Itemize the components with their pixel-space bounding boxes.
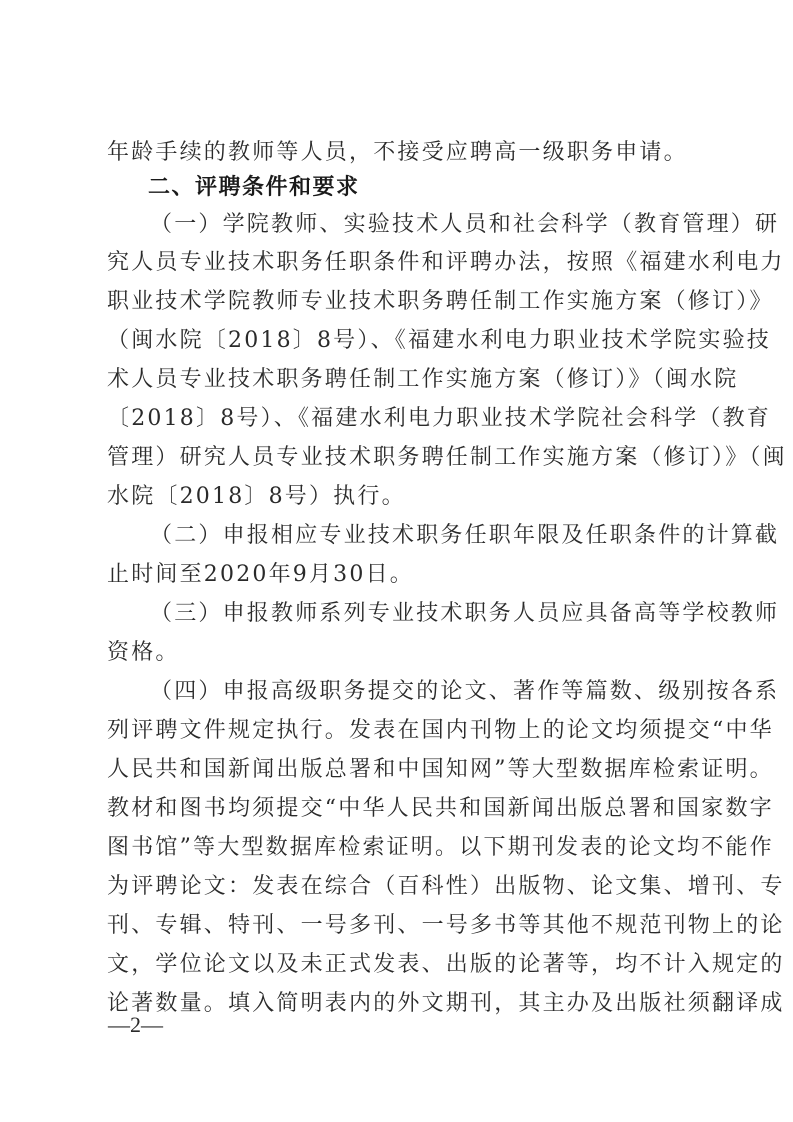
paragraph-line: 图书馆”等大型数据库检索证明。以下期刊发表的论文均不能作 bbox=[107, 834, 692, 862]
paragraph-line: 教材和图书均须提交“中华人民共和国新闻出版总署和国家数字 bbox=[107, 795, 692, 823]
paragraph-line: 刊、专辑、特刊、一号多刊、一号多书等其他不规范刊物上的论 bbox=[107, 912, 692, 940]
paragraph-line: 〔2018〕8号）、《福建水利电力职业技术学院社会科学（教育 bbox=[107, 405, 692, 433]
section-heading: 二、评聘条件和要求 bbox=[148, 174, 360, 202]
paragraph-line: 为评聘论文：发表在综合（百科性）出版物、论文集、增刊、专 bbox=[107, 873, 692, 901]
paragraph-line: （二）申报相应专业技术职务任职年限及任职条件的计算截 bbox=[150, 522, 692, 550]
paragraph-line: 止时间至2020年9月30日。 bbox=[107, 561, 692, 589]
paragraph-line: 人民共和国新闻出版总署和中国知网”等大型数据库检索证明。 bbox=[107, 756, 692, 784]
paragraph-line: 究人员专业技术职务任职条件和评聘办法，按照《福建水利电力 bbox=[107, 249, 692, 277]
paragraph-line: 术人员专业技术职务聘任制工作实施方案（修订）》（闽水院 bbox=[107, 366, 692, 394]
paragraph-line: （三）申报教师系列专业技术职务人员应具备高等学校教师 bbox=[150, 600, 692, 628]
paragraph-line: 列评聘文件规定执行。发表在国内刊物上的论文均须提交“中华 bbox=[107, 717, 692, 745]
paragraph-line: 资格。 bbox=[107, 639, 692, 667]
paragraph-line: 水院〔2018〕8号）执行。 bbox=[107, 483, 692, 511]
paragraph-line: 管理）研究人员专业技术职务聘任制工作实施方案（修订）》（闽 bbox=[107, 444, 692, 472]
paragraph-line: 文，学位论文以及未正式发表、出版的论著等，均不计入规定的 bbox=[107, 951, 692, 979]
paragraph-line: （四）申报高级职务提交的论文、著作等篇数、级别按各系 bbox=[150, 678, 692, 706]
paragraph-line: 论著数量。填入简明表内的外文期刊，其主办及出版社须翻译成 bbox=[107, 990, 692, 1018]
paragraph-line: （一）学院教师、实验技术人员和社会科学（教育管理）研 bbox=[150, 211, 692, 239]
page-number: —2— bbox=[108, 1012, 163, 1038]
paragraph-line: （闽水院〔2018〕8号）、《福建水利电力职业技术学院实验技 bbox=[107, 327, 692, 355]
paragraph-line: 职业技术学院教师专业技术职务聘任制工作实施方案（修订）》 bbox=[107, 288, 692, 316]
paragraph-line: 年龄手续的教师等人员，不接受应聘高一级职务申请。 bbox=[107, 139, 692, 167]
document-page: 年龄手续的教师等人员，不接受应聘高一级职务申请。 二、评聘条件和要求 （一）学院… bbox=[0, 0, 793, 1122]
